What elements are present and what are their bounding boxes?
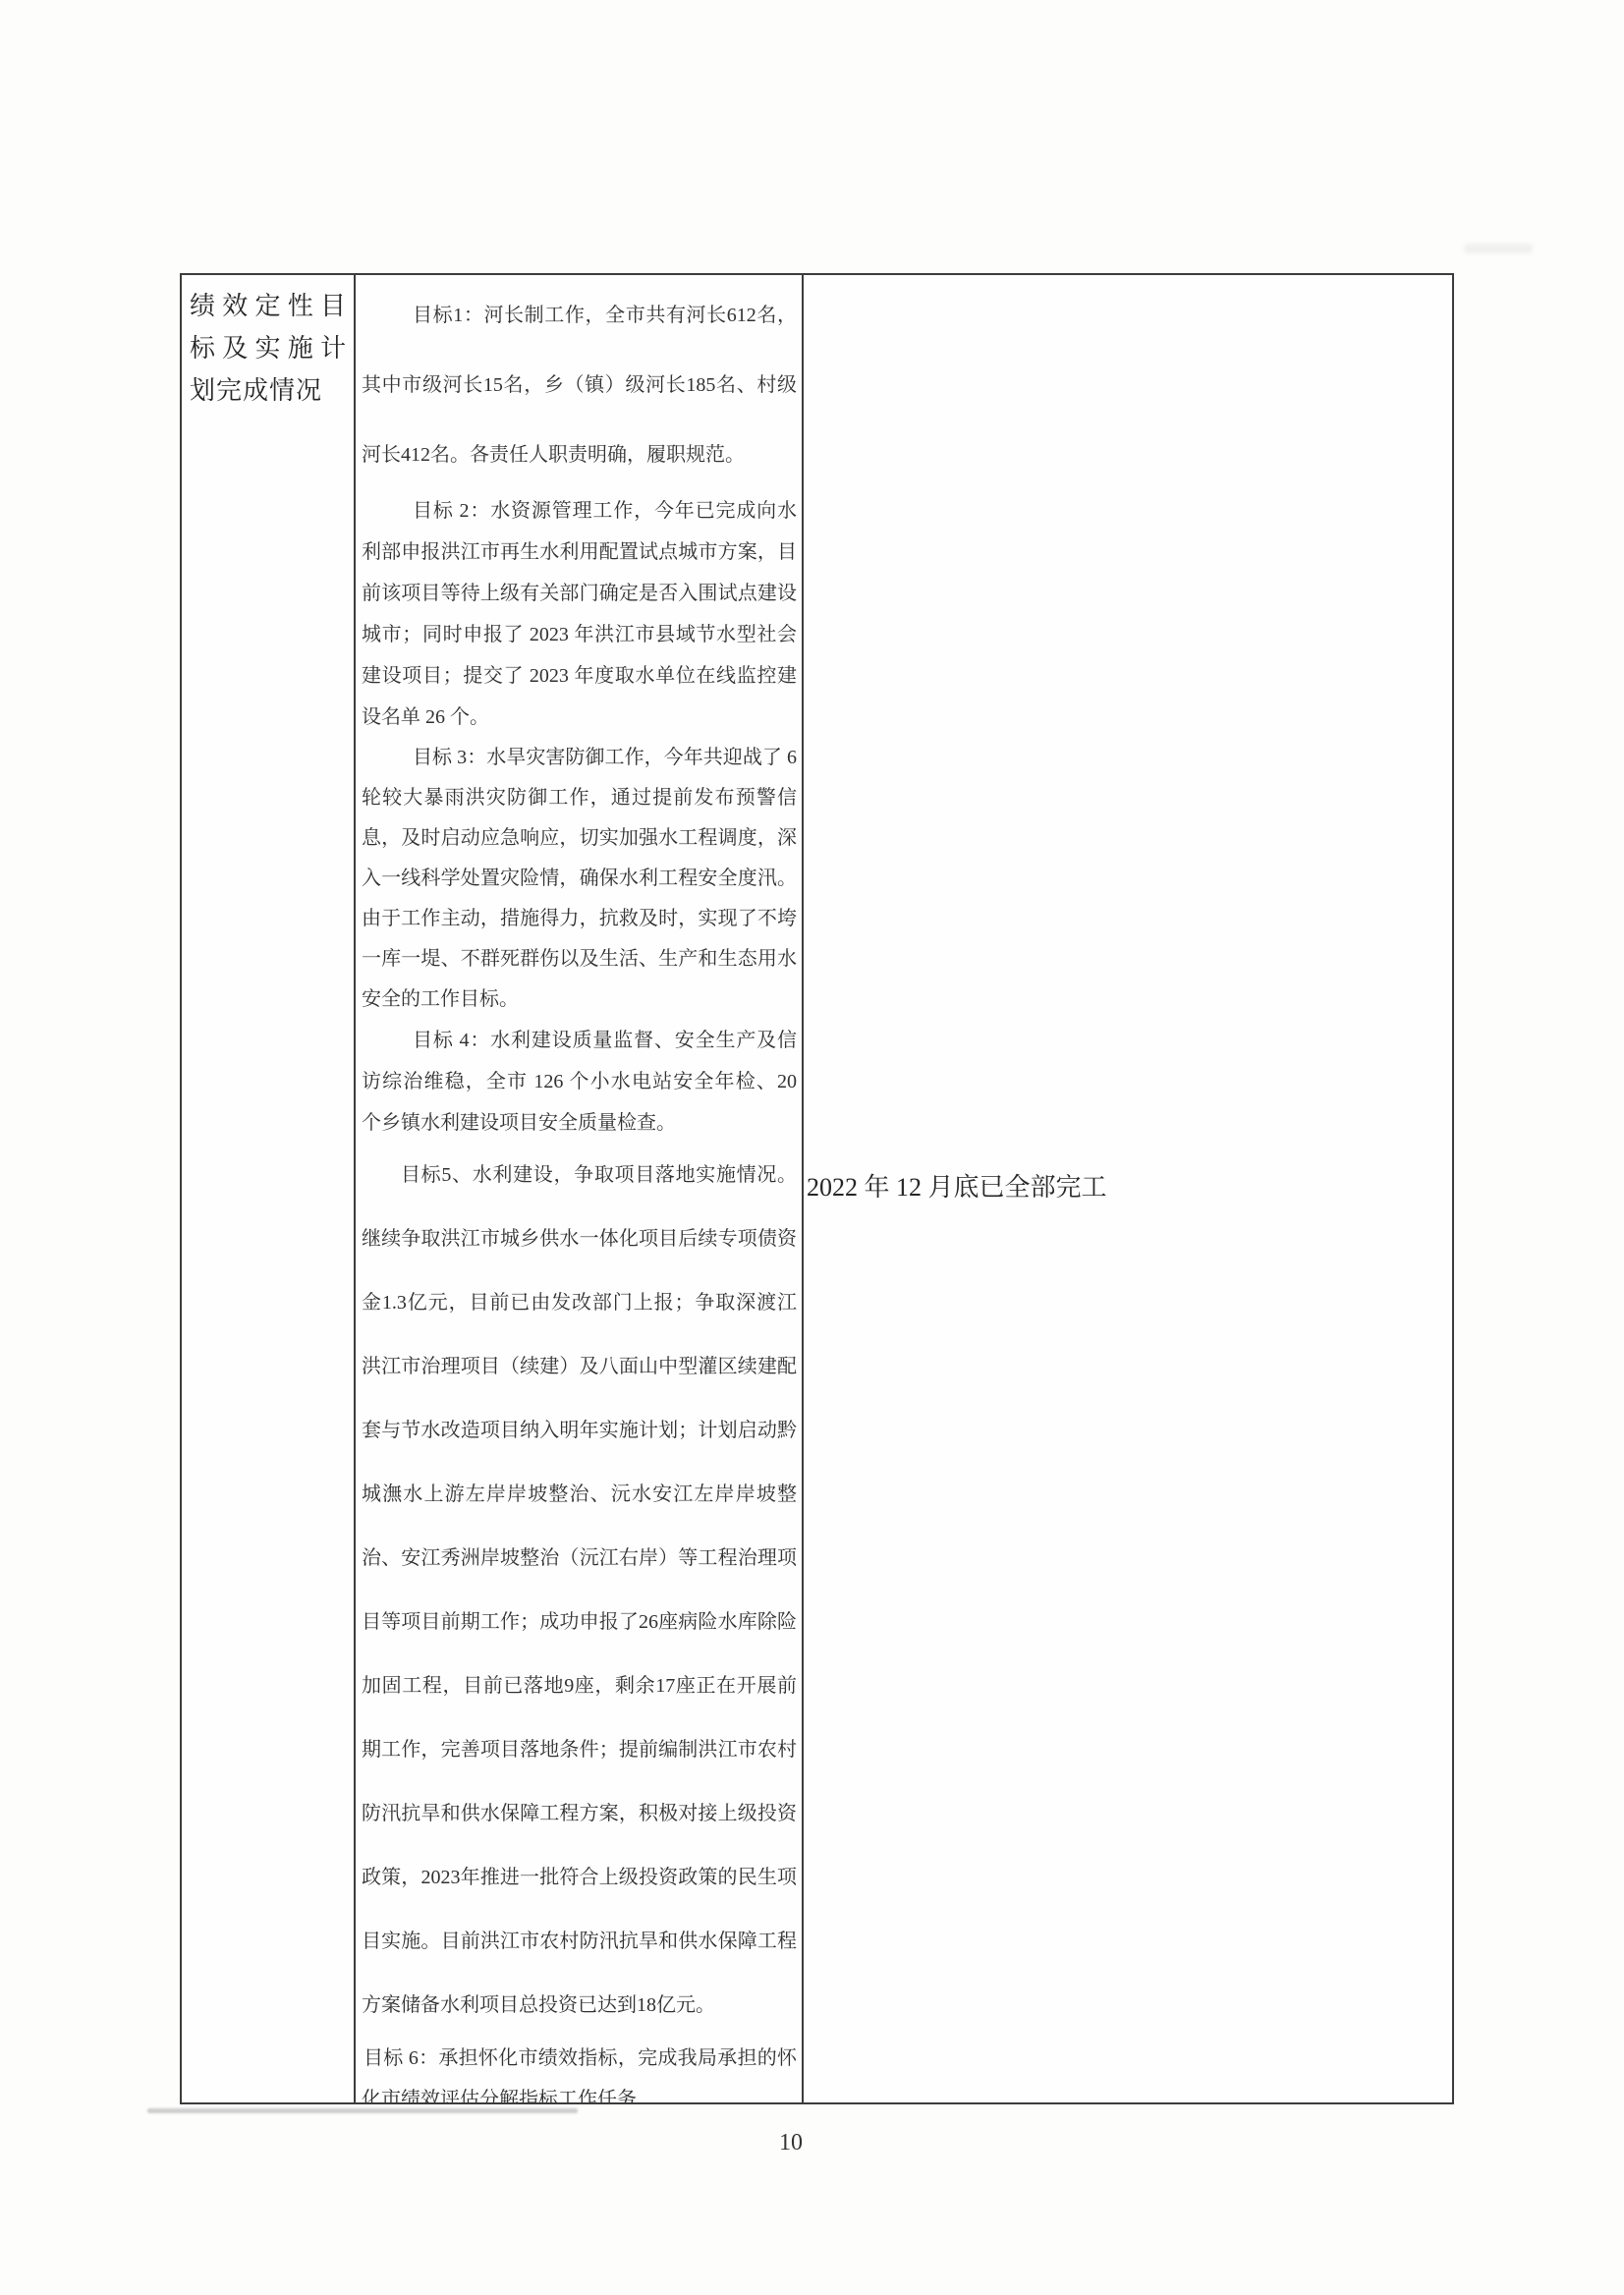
goal-paragraph-5: 目标5、水利建设，争取项目落地实施情况。继续争取洪江市城乡供水一体化项目后续专项… — [362, 1144, 797, 2038]
page-number: 10 — [779, 2130, 803, 2156]
performance-table: 绩效定性目标及实施计划完成情况 目标1：河长制工作，全市共有河长612名，其中市… — [180, 273, 1454, 2104]
goal-paragraph-1: 目标1：河长制工作，全市共有河长612名，其中市级河长15名，乡（镇）级河长18… — [362, 281, 797, 490]
completion-cell: 2022 年 12 月底已全部完工 — [804, 275, 1452, 2102]
goals-cell: 目标1：河长制工作，全市共有河长612名，其中市级河长15名，乡（镇）级河长18… — [356, 275, 804, 2102]
row-header-cell: 绩效定性目标及实施计划完成情况 — [182, 275, 356, 2102]
document-page: 绩效定性目标及实施计划完成情况 目标1：河长制工作，全市共有河长612名，其中市… — [0, 0, 1624, 2295]
row-header-label: 绩效定性目标及实施计划完成情况 — [190, 285, 347, 412]
scan-artifact-bottom-shadow — [147, 2108, 578, 2113]
goal-paragraph-2: 目标 2：水资源管理工作，今年已完成向水利部申报洪江市再生水利用配置试点城市方案… — [362, 490, 797, 738]
goal-paragraph-6: 目标 6：承担怀化市绩效指标，完成我局承担的怀化市绩效评估分解指标工作任务 — [362, 2038, 797, 2102]
goal-paragraph-4: 目标 4：水利建设质量监督、安全生产及信访综治维稳，全市 126 个小水电站安全… — [362, 1020, 797, 1144]
scan-artifact-smudge — [1464, 244, 1533, 253]
completion-note: 2022 年 12 月底已全部完工 — [807, 1167, 1107, 1203]
goal-paragraph-3: 目标 3：水旱灾害防御工作，今年共迎战了 6 轮较大暴雨洪灾防御工作，通过提前发… — [362, 738, 797, 1020]
